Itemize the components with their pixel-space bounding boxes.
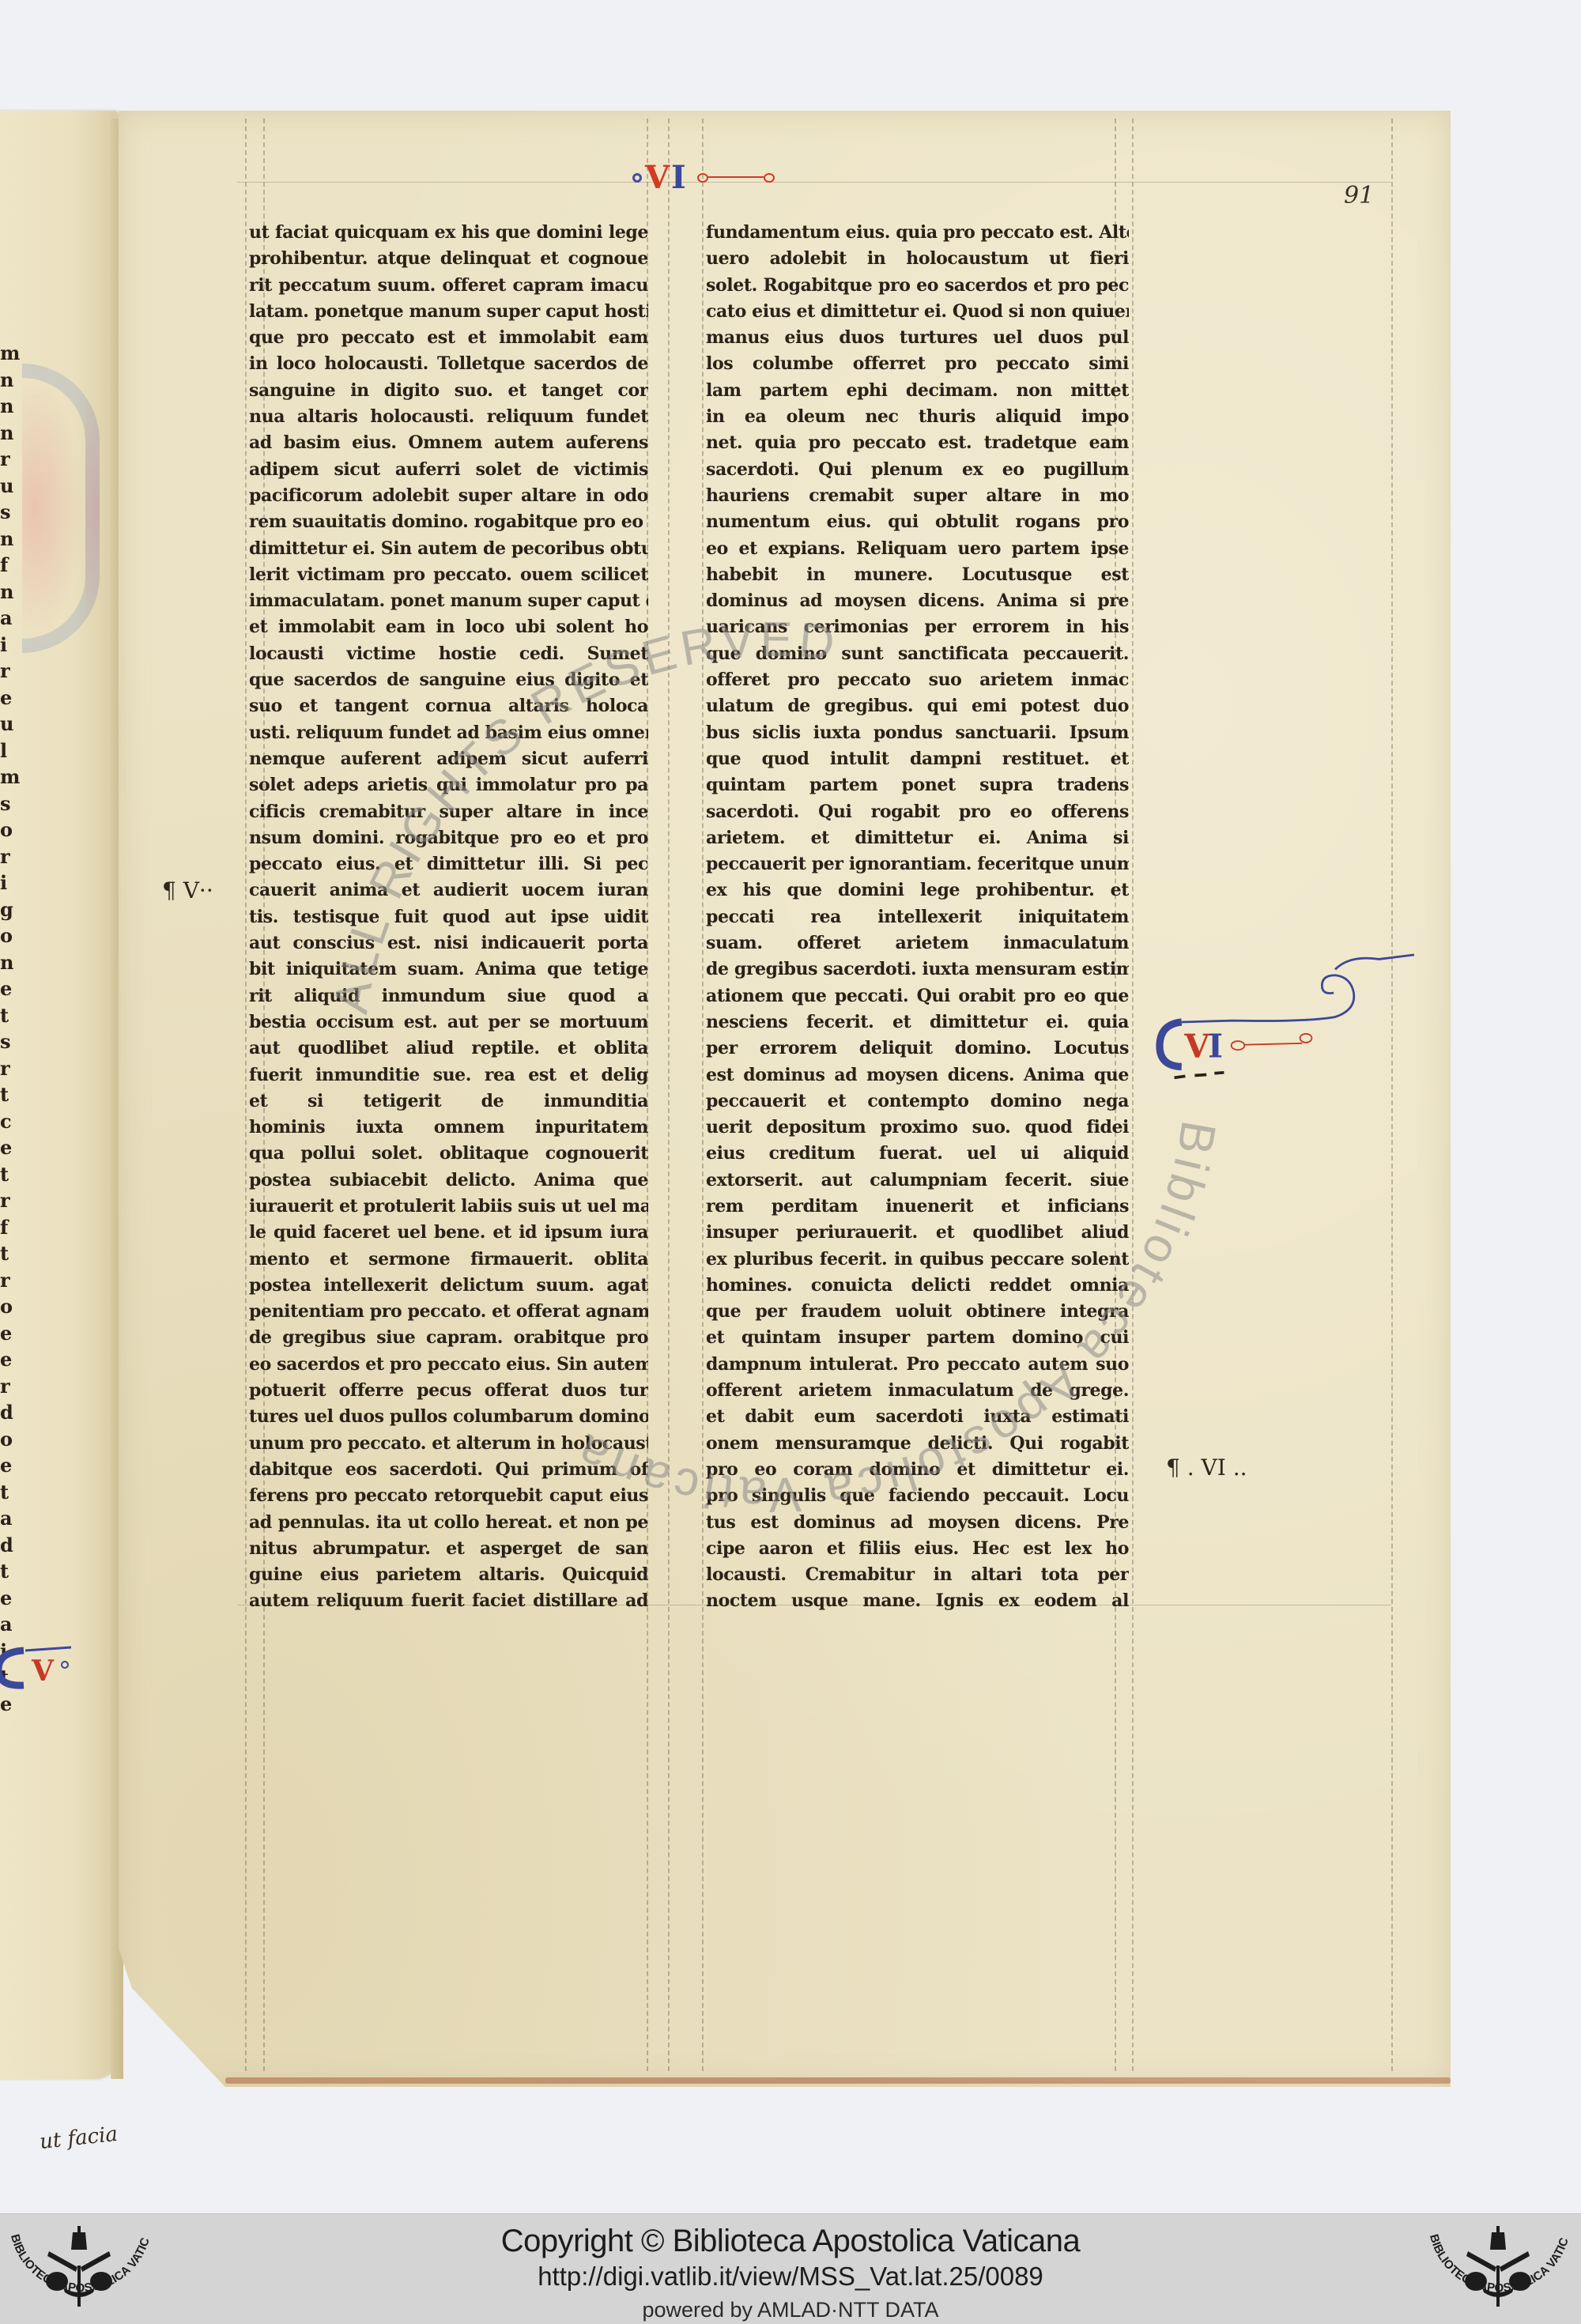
manuscript-text-line: ad pennulas. ita ut collo hereat. et non… <box>249 1510 648 1536</box>
manuscript-text-line: postea intellexerit delictum suum. agat <box>249 1273 648 1299</box>
manuscript-text-line: pro eo coram domino et dimittetur ei. <box>706 1457 1129 1483</box>
manuscript-text-line: ulatum de gregibus. qui emi potest duo <box>706 693 1129 719</box>
manuscript-text-line: potuerit offerre pecus offerat duos tur <box>249 1378 648 1404</box>
manuscript-text-line: suo et tangent cornua altaris holoca <box>249 693 648 719</box>
manuscript-text-line: que domino sunt sanctificata peccauerit. <box>706 641 1129 667</box>
vatican-library-logo-icon: BIBLIOTECA APOSTOLICA VATICANA <box>0 2218 158 2324</box>
manuscript-text-line: dampnum intulerat. Pro peccato autem suo <box>706 1352 1129 1378</box>
ruling-line-vertical <box>245 119 247 2071</box>
manuscript-text-line: bus siclis iuxta pondus sanctuarii. Ipsu… <box>706 720 1129 746</box>
manuscript-text-line: prohibentur. atque delinquat et cognoue <box>249 246 648 272</box>
manuscript-text-line: nua altaris holocausti. reliquum fundet <box>249 404 648 430</box>
manuscript-text-line: le quid faceret uel bene. et id ipsum iu… <box>249 1220 648 1246</box>
manuscript-text-line: onem mensuramque delicti. Qui rogabit <box>706 1431 1129 1457</box>
manuscript-text-line: guine eius parietem altaris. Quicquid <box>249 1562 648 1588</box>
manuscript-text-line: extorserit. aut calumpniam fecerit. siue <box>706 1168 1129 1194</box>
manuscript-text-line: peccato eius. et dimittetur illi. Si pec <box>249 851 648 877</box>
manuscript-text-line: dominus ad moysen dicens. Anima si pre <box>706 588 1129 614</box>
manuscript-text-line: usti. reliquum fundet ad basim eius omne… <box>249 720 648 746</box>
manuscript-text-line: homines. conuicta delicti reddet omnia <box>706 1273 1129 1299</box>
manuscript-text-line: locausti. Cremabitur in altari tota per <box>706 1562 1129 1588</box>
manuscript-text-line: lam partem ephi decimam. non mittet <box>706 378 1129 404</box>
manuscript-text-line: manus eius duos turtures uel duos pul <box>706 325 1129 351</box>
svg-text:I: I <box>1208 1027 1223 1065</box>
text-column-a: ut faciat quicquam ex his que domini leg… <box>249 220 648 1615</box>
manuscript-text-line: suam. offeret arietem inmaculatum <box>706 930 1129 956</box>
running-head: V I <box>632 162 775 194</box>
svg-text:V: V <box>31 1654 55 1688</box>
facing-page-text-fragment: mnnnrusnfnaireulmsorigonetsrtcetrftroeer… <box>0 340 22 1717</box>
manuscript-text-line: sacerdoti. Qui rogabit pro eo offerens <box>706 799 1129 825</box>
manuscript-text-line: ferens pro peccato retorquebit caput eiu… <box>249 1483 648 1509</box>
manuscript-text-line: offerent arietem inmaculatum de grege. <box>706 1378 1129 1404</box>
manuscript-text-line: penitentiam pro peccato. et offerat agna… <box>249 1299 648 1325</box>
manuscript-text-line: nsum domini. rogabitque pro eo et pro <box>249 825 648 851</box>
manuscript-viewport[interactable]: mnnnrusnfnaireulmsorigonetsrtcetrftroeer… <box>0 0 1581 2213</box>
manuscript-text-line: dabitque eos sacerdoti. Qui primum of <box>249 1457 648 1483</box>
powered-by-text: powered by AMLAD·NTT DATA <box>0 2298 1581 2322</box>
manuscript-text-line: cificis cremabitur super altare in ince <box>249 799 648 825</box>
manuscript-text-line: et quintam insuper partem domino cui <box>706 1325 1129 1351</box>
manuscript-text-line: nesciens fecerit. et dimittetur ei. quia <box>706 1009 1129 1036</box>
manuscript-text-line: aut quodlibet aliud reptile. et oblita <box>249 1036 648 1062</box>
manuscript-text-line: nemque auferent adipem sicut auferri <box>249 746 648 772</box>
manuscript-text-line: hominis iuxta omnem inpuritatem <box>249 1115 648 1141</box>
manuscript-text-line: insuper periurauerit. et quodlibet aliud <box>706 1220 1129 1246</box>
manuscript-text-line: ex pluribus fecerit. in quibus peccare s… <box>706 1247 1129 1273</box>
manuscript-text-line: peccati rea intellexerit iniquitatem <box>706 904 1129 930</box>
manuscript-text-line: et dabit eum sacerdoti iuxta estimati <box>706 1404 1129 1430</box>
ruling-line-vertical <box>702 119 704 2071</box>
manuscript-text-line: latam. ponetque manum super caput hostie… <box>249 299 648 325</box>
running-head-i: I <box>671 162 686 194</box>
manuscript-text-line: que quod intulit dampni restituet. et <box>706 746 1129 772</box>
manuscript-text-line: solet. Rogabitque pro eo sacerdos et pro… <box>706 273 1129 299</box>
copyright-text: Copyright © Biblioteca Apostolica Vatica… <box>0 2224 1581 2259</box>
running-head-dot <box>632 173 642 183</box>
manuscript-text-line: de gregibus sacerdoti. iuxta mensuram es… <box>706 956 1129 983</box>
manuscript-text-line: rem suauitatis domino. rogabitque pro eo… <box>249 509 648 535</box>
manuscript-text-line: pacificorum adolebit super altare in odo <box>249 483 648 509</box>
manuscript-text-line: cipe aaron et filiis eius. Hec est lex h… <box>706 1536 1129 1562</box>
manuscript-text-line: quintam partem ponet supra tradens <box>706 772 1129 798</box>
manuscript-text-line: peccauerit per ignorantiam. feceritque u… <box>706 851 1129 877</box>
manuscript-text-line: eo sacerdos et pro peccato eius. Sin aut… <box>249 1352 648 1378</box>
manuscript-text-line: uero adolebit in holocaustum ut fieri <box>706 246 1129 272</box>
manuscript-text-line: per errorem deliquit domino. Locutus <box>706 1036 1129 1062</box>
manuscript-text-line: tus est dominus ad moysen dicens. Pre <box>706 1510 1129 1536</box>
manuscript-text-line: unum pro peccato. et alterum in holocaus… <box>249 1431 648 1457</box>
manuscript-text-line: in ea oleum nec thuris aliquid impo <box>706 404 1129 430</box>
manuscript-text-line: eius creditum fuerat. uel ui aliquid <box>706 1141 1129 1167</box>
manuscript-text-line: sanguine in digito suo. et tanget cor <box>249 378 648 404</box>
manuscript-text-line: hauriens cremabit super altare in mo <box>706 483 1129 509</box>
manuscript-text-line: de gregibus siue capram. orabitque pro <box>249 1325 648 1351</box>
manuscript-text-line: immaculatam. ponet manum super caput eiu… <box>249 588 648 614</box>
manuscript-text-line: ex his que domini lege prohibentur. et <box>706 877 1129 904</box>
manuscript-text-line: que sacerdos de sanguine eius digito et <box>249 667 648 693</box>
manuscript-text-line: sacerdoti. Qui plenum ex eo pugillum <box>706 457 1129 483</box>
svg-text:BIBLIOTECA APOSTOLICA VATICANA: BIBLIOTECA APOSTOLICA VATICANA <box>1419 2218 1572 2295</box>
manuscript-text-line: autem reliquum fuerit faciet distillare … <box>249 1588 648 1614</box>
manuscript-text-line: qua pollui solet. oblitaque cognouerit <box>249 1141 648 1167</box>
manuscript-text-line: aut conscius est. nisi indicauerit porta <box>249 930 648 956</box>
manuscript-text-line: habebit in munere. Locutusque est <box>706 562 1129 588</box>
vatican-library-logo-icon: BIBLIOTECA APOSTOLICA VATICANA <box>1419 2218 1577 2324</box>
manuscript-text-line: noctem usque mane. Ignis ex eodem al <box>706 1588 1129 1614</box>
ruling-line-vertical <box>668 119 670 2071</box>
folio-number: 91 <box>1344 182 1374 209</box>
manuscript-text-line: numentum eius. qui obtulit rogans pro <box>706 509 1129 535</box>
manuscript-text-line: cato eius et dimittetur ei. Quod si non … <box>706 299 1129 325</box>
page-edge-stain <box>225 2077 1451 2084</box>
svg-text:V: V <box>1183 1027 1210 1065</box>
manuscript-text-line: bestia occisum est. aut per se mortuum <box>249 1009 648 1036</box>
manuscript-text-line: in loco holocausti. Tolletque sacerdos d… <box>249 351 648 377</box>
marginal-note-left: ¶ V·· <box>162 877 213 904</box>
manuscript-text-line: est dominus ad moysen dicens. Anima que <box>706 1062 1129 1088</box>
manuscript-text-line: cauerit anima et audierit uocem iuran <box>249 877 648 904</box>
flourish-icon <box>697 173 775 183</box>
manuscript-text-line: locausti victime hostie cedi. Sumet <box>249 641 648 667</box>
ruling-line-horizontal <box>237 182 1391 183</box>
marginal-note-right: ¶ . VI .. <box>1166 1454 1247 1481</box>
manuscript-text-line: arietem. et dimittetur ei. Anima si <box>706 825 1129 851</box>
manuscript-text-line: offeret pro peccato suo arietem inmac <box>706 667 1129 693</box>
manuscript-text-line: mento et sermone firmauerit. oblita <box>249 1247 648 1273</box>
manuscript-text-line: pro singulis que faciendo peccauit. Locu <box>706 1483 1129 1509</box>
manuscript-text-line: eo et expians. Reliquam uero partem ipse <box>706 536 1129 562</box>
manuscript-text-line: tures uel duos pullos columbarum domino <box>249 1404 648 1430</box>
manuscript-text-line: tis. testisque fuit quod aut ipse uidit <box>249 904 648 930</box>
manuscript-text-line: iurauerit et protulerit labiis suis ut u… <box>249 1194 648 1220</box>
manuscript-text-line: ut faciat quicquam ex his que domini leg… <box>249 220 648 246</box>
manuscript-text-line: bit iniquitatem suam. Anima que tetige <box>249 956 648 983</box>
manuscript-text-line: solet adeps arietis qui immolatur pro pa <box>249 772 648 798</box>
source-url-link[interactable]: http://digi.vatlib.it/view/MSS_Vat.lat.2… <box>0 2262 1581 2292</box>
facing-page-catchword: ut facia <box>39 2122 119 2154</box>
manuscript-text-line: rem perditam inuenerit et inficians <box>706 1194 1129 1220</box>
manuscript-text-line: lerit victimam pro peccato. ouem scilice… <box>249 562 648 588</box>
manuscript-text-line: rit peccatum suum. offeret capram imacu <box>249 273 648 299</box>
manuscript-text-line: et si tetigerit de inmunditia <box>249 1088 648 1115</box>
manuscript-text-line: fundamentum eius. quia pro peccato est. … <box>706 220 1129 246</box>
manuscript-text-line: que pro peccato est et immolabit eam <box>249 325 648 351</box>
chapter-marker-vi-icon: V I <box>1130 941 1423 1122</box>
show-through-initial <box>22 364 100 653</box>
facing-page-initial-v-icon: V <box>0 1644 71 1692</box>
manuscript-text-line: fuerit inmunditie sue. rea est et delig <box>249 1062 648 1088</box>
manuscript-text-line: postea subiacebit delicto. Anima que <box>249 1168 648 1194</box>
manuscript-text-line: ationem que peccati. Qui orabit pro eo q… <box>706 983 1129 1009</box>
copyright-footer: Copyright © Biblioteca Apostolica Vatica… <box>0 2213 1581 2324</box>
manuscript-text-line: ad basim eius. Omnem autem auferens <box>249 430 648 456</box>
manuscript-text-line: que per fraudem uoluit obtinere integra <box>706 1299 1129 1325</box>
facing-page-verso: mnnnrusnfnaireulmsorigonetsrtcetrftroeer… <box>0 111 119 2079</box>
manuscript-text-line: adipem sicut auferri solet de victimis <box>249 457 648 483</box>
manuscript-text-line: los columbe offerret pro peccato simi <box>706 351 1129 377</box>
text-column-b: fundamentum eius. quia pro peccato est. … <box>706 220 1129 1615</box>
manuscript-text-line: dimittetur ei. Sin autem de pecoribus ob… <box>249 536 648 562</box>
manuscript-text-line: uaricans cerimonias per errorem in his <box>706 614 1129 640</box>
svg-text:BIBLIOTECA APOSTOLICA VATICANA: BIBLIOTECA APOSTOLICA VATICANA <box>0 2218 153 2295</box>
manuscript-text-line: nitus abrumpatur. et asperget de san <box>249 1536 648 1562</box>
running-head-v: V <box>645 162 670 194</box>
manuscript-text-line: net. quia pro peccato est. tradetque eam <box>706 430 1129 456</box>
manuscript-text-line: peccauerit et contempto domino nega <box>706 1088 1129 1115</box>
manuscript-text-line: uerit depositum proximo suo. quod fidei <box>706 1115 1129 1141</box>
manuscript-text-line: et immolabit eam in loco ubi solent ho <box>249 614 648 640</box>
manuscript-text-line: rit aliquid inmundum siue quod a <box>249 983 648 1009</box>
